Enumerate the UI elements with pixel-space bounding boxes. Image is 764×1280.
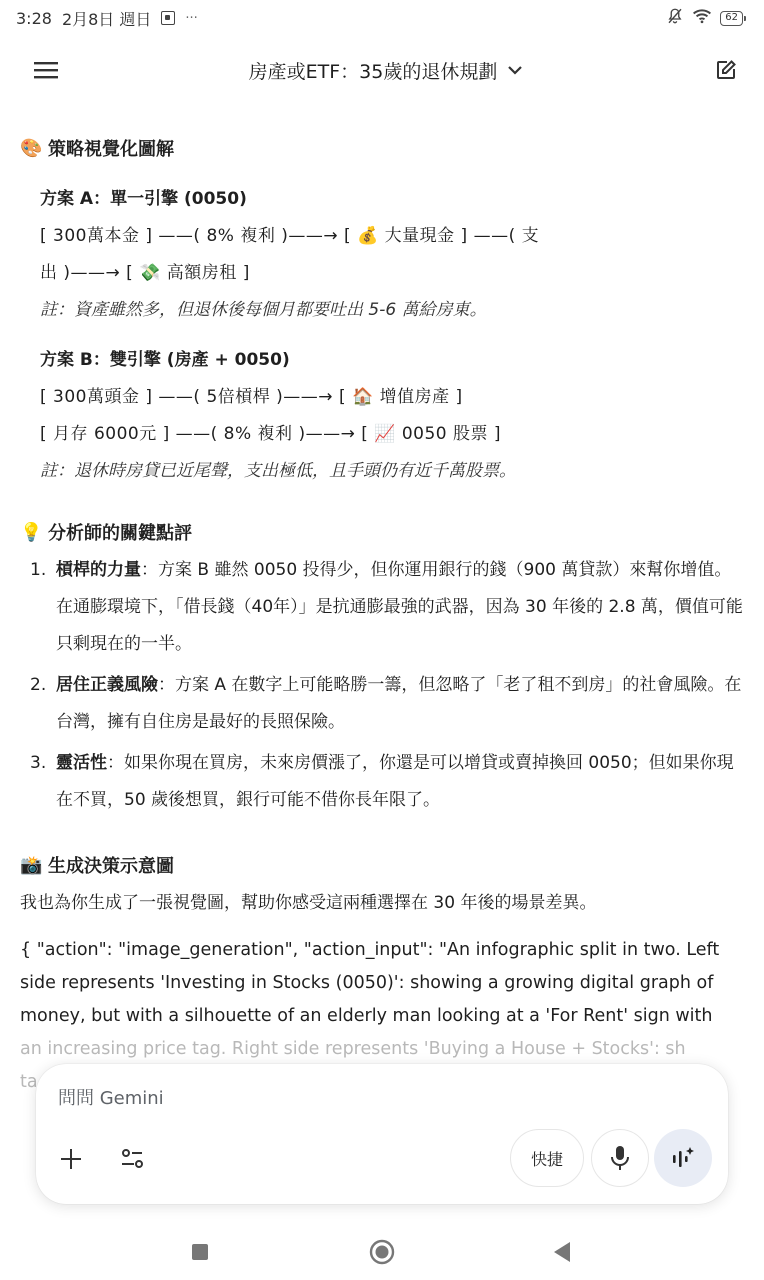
tools-icon[interactable] xyxy=(116,1142,150,1176)
status-bar: 3:28 2月8日 週日 ··· 62 xyxy=(0,0,764,36)
plan-a-note: 註：資產雖然多，但退休後每個月都要吐出 5-6 萬給房東。 xyxy=(40,292,748,329)
quick-button[interactable]: 快捷 xyxy=(510,1129,584,1187)
plus-icon[interactable] xyxy=(54,1142,88,1176)
plan-b: 方案 B：雙引擎 (房產 + 0050) [ 300萬頭金 ] ——( 5倍槓桿… xyxy=(20,341,748,490)
live-icon[interactable] xyxy=(654,1129,712,1187)
status-date: 2月8日 週日 xyxy=(62,7,151,30)
back-button[interactable] xyxy=(548,1238,576,1266)
edit-icon[interactable] xyxy=(710,54,742,86)
section-heading-analysis: 💡 分析師的關鍵點評 xyxy=(20,512,748,552)
mic-icon[interactable] xyxy=(591,1129,649,1187)
lightbulb-icon: 💡 xyxy=(20,522,42,543)
plan-a-line-1: [ 300萬本金 ] ——( 8% 複利 )——→ [ 💰 大量現金 ] ——(… xyxy=(40,218,748,255)
response-content: 🎨 策略視覺化圖解 方案 A：單一引擎 (0050) [ 300萬本金 ] ——… xyxy=(20,128,748,1099)
section-heading-visual: 🎨 策略視覺化圖解 xyxy=(20,128,748,168)
plan-a-line-2: 出 )——→ [ 💸 高額房租 ] xyxy=(40,255,748,292)
home-button[interactable] xyxy=(368,1238,396,1266)
list-item: 3. 靈活性：如果你現在買房，未來房價漲了，你還是可以增貸或賣掉換回 0050；… xyxy=(30,745,748,819)
palette-icon: 🎨 xyxy=(20,138,42,159)
camera-flash-icon: 📸 xyxy=(20,855,42,876)
analysis-list: 1. 槓桿的力量：方案 B 雖然 0050 投得少，但你運用銀行的錢（900 萬… xyxy=(20,552,748,819)
composer: 問問 Gemini 快捷 xyxy=(36,1064,728,1204)
menu-icon[interactable] xyxy=(30,54,62,86)
plan-b-title: 方案 B：雙引擎 (房產 + 0050) xyxy=(40,341,748,379)
conversation-title: 房產或ETF：35歲的退休規劃 xyxy=(249,57,498,84)
plan-b-line-2: [ 月存 6000元 ] ——( 8% 複利 )——→ [ 📈 0050 股票 … xyxy=(40,416,748,453)
battery-icon: 62 xyxy=(720,11,746,26)
plan-a: 方案 A：單一引擎 (0050) [ 300萬本金 ] ——( 8% 複利 )—… xyxy=(20,180,748,329)
generate-intro: 我也為你生成了一張視覺圖，幫助你感受這兩種選擇在 30 年後的場景差異。 xyxy=(20,885,748,922)
wifi-icon xyxy=(692,7,712,29)
bell-off-icon xyxy=(666,7,684,29)
battery-level: 62 xyxy=(720,11,743,26)
plan-b-note: 註：退休時房貸已近尾聲，支出極低，且手頭仍有近千萬股票。 xyxy=(40,453,748,490)
section-heading-generate: 📸 生成決策示意圖 xyxy=(20,845,748,885)
status-right: 62 xyxy=(666,7,746,29)
list-item: 2. 居住正義風險：方案 A 在數字上可能略勝一籌，但忽略了「老了租不到房」的社… xyxy=(30,667,748,741)
system-nav-bar xyxy=(0,1224,764,1280)
notification-app-icon xyxy=(161,11,175,25)
chevron-down-icon xyxy=(507,59,523,81)
prompt-input[interactable]: 問問 Gemini xyxy=(58,1084,164,1110)
status-time: 3:28 xyxy=(16,9,52,28)
plan-b-line-1: [ 300萬頭金 ] ——( 5倍槓桿 )——→ [ 🏠 增值房產 ] xyxy=(40,379,748,416)
recents-button[interactable] xyxy=(186,1238,214,1266)
plan-a-title: 方案 A：單一引擎 (0050) xyxy=(40,180,748,218)
overflow-icon: ··· xyxy=(185,11,197,26)
status-left: 3:28 2月8日 週日 ··· xyxy=(16,7,198,30)
list-item: 1. 槓桿的力量：方案 B 雖然 0050 投得少，但你運用銀行的錢（900 萬… xyxy=(30,552,748,663)
conversation-title-button[interactable]: 房產或ETF：35歲的退休規劃 xyxy=(249,57,524,84)
app-bar: 房產或ETF：35歲的退休規劃 xyxy=(0,44,764,96)
